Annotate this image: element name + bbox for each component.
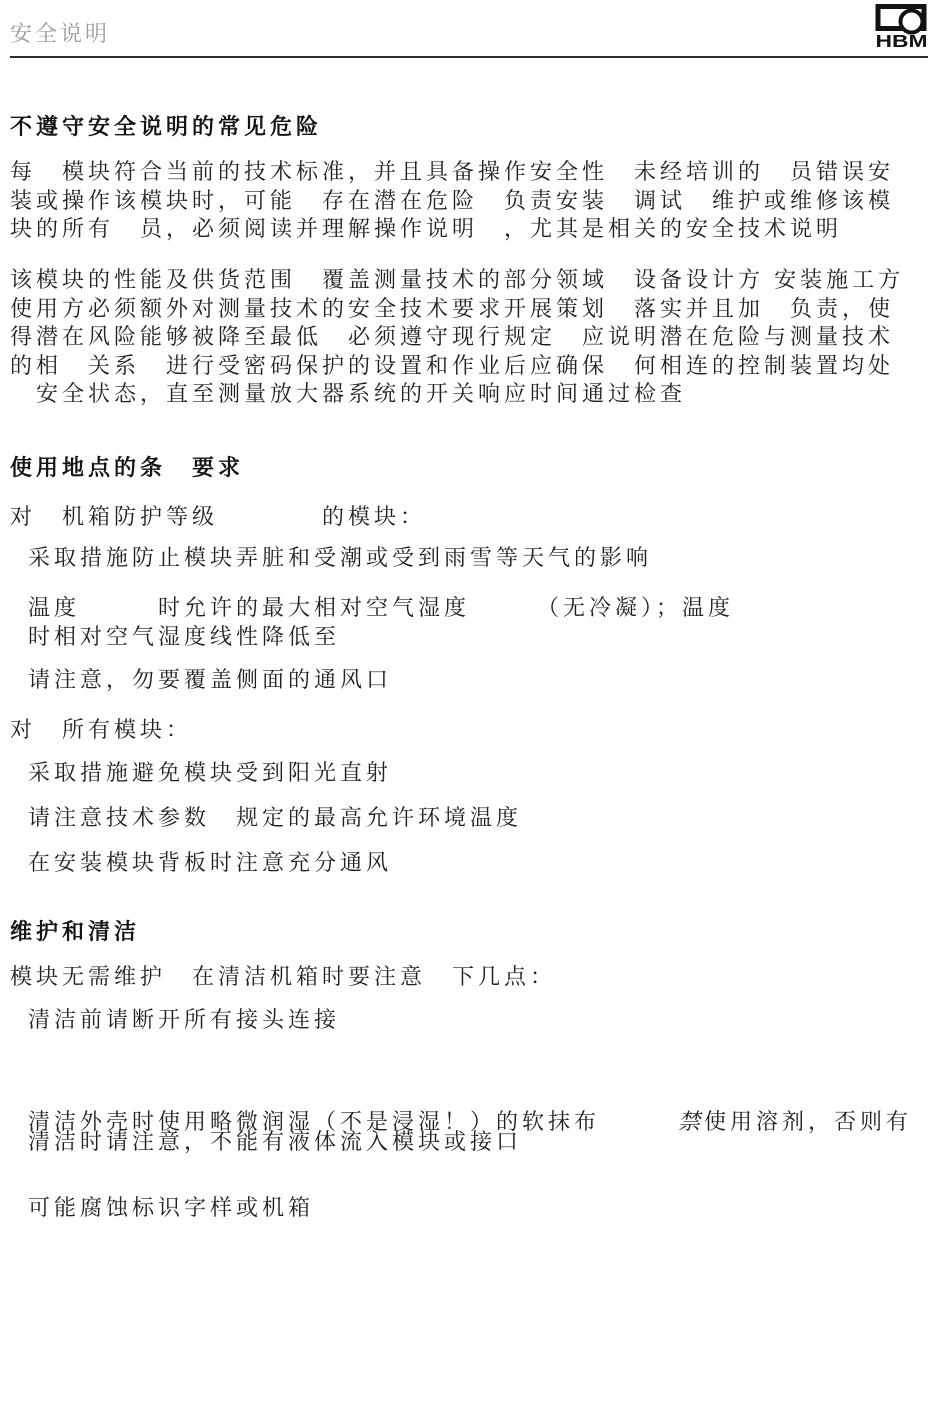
paragraph-hazards-2: 该模块的性能及供货范围 覆盖测量技术的部分领域 设备设计方 安装施工方 使用方必… bbox=[10, 266, 904, 409]
bullet-ip-dirt-moisture: 采取措施防止模块弄脏和受潮或受到雨雪等天气的影响 bbox=[28, 544, 652, 573]
hbm-logo: HBM bbox=[875, 4, 929, 50]
heading-site-conditions: 使用地点的条 要求 bbox=[10, 454, 244, 483]
heading-maintenance: 维护和清洁 bbox=[10, 918, 140, 947]
heading-hazards: 不遵守安全说明的常见危险 bbox=[10, 113, 322, 142]
paragraph-hazards-1: 每 模块符合当前的技术标准，并且具备操作安全性 未经培训的 员错误安 装或操作该… bbox=[10, 158, 894, 244]
page-header-title: 安全说明 bbox=[10, 17, 110, 48]
bullet-all-max-temp: 请注意技术参数 规定的最高允许环境温度 bbox=[28, 804, 522, 833]
hbm-logo-text: HBM bbox=[876, 31, 928, 50]
intro-maintenance: 模块无需维护 在清洁机箱时要注意 下几点： bbox=[10, 963, 556, 992]
intro-ip-modules: 对 机箱防护等级 的模块： bbox=[10, 503, 426, 532]
manual-page: 安全说明 HBM 不遵守安全说明的常见危险 每 模块符合当前的技术标准，并且具备… bbox=[0, 0, 950, 1402]
bullet-all-ventilation: 在安装模块背板时注意充分通风 bbox=[28, 849, 392, 878]
clean-cloth-text-italic: 禁 bbox=[678, 1109, 704, 1134]
hbm-logo-mark: HBM bbox=[875, 4, 929, 50]
bullet-clean-disconnect: 清洁前请断开所有接头连接 bbox=[28, 1006, 340, 1035]
clean-cloth-text-post: 使用溶剂，否则有 bbox=[704, 1109, 912, 1134]
bullet-ip-vents: 请注意，勿要覆盖侧面的通风口 bbox=[28, 666, 392, 695]
bullet-clean-no-liquid: 清洁时请注意，不能有液体流入模块或接口 bbox=[28, 1128, 522, 1157]
bullet-ip-humidity: 温度 时允许的最大相对空气湿度 （无冷凝）；温度 时相对空气湿度线性降低至 bbox=[28, 594, 734, 651]
bullet-clean-cloth-line2: 可能腐蚀标识字样或机箱 bbox=[28, 1194, 912, 1223]
header-divider bbox=[10, 56, 928, 58]
hbm-logo-circle bbox=[901, 11, 923, 33]
bullet-clean-cloth: 清洁外壳时使用略微润湿（不是浸湿！）的软抹布 禁使用溶剂，否则有 可能腐蚀标识字… bbox=[28, 1051, 912, 1279]
bullet-all-sunlight: 采取措施避免模块受到阳光直射 bbox=[28, 759, 392, 788]
intro-all-modules: 对 所有模块： bbox=[10, 716, 192, 745]
